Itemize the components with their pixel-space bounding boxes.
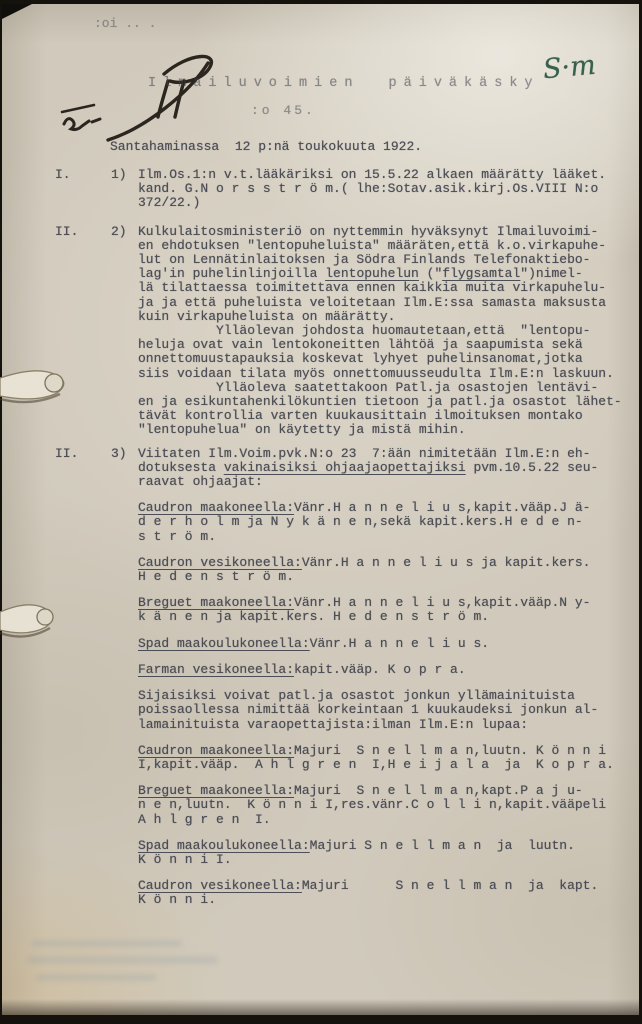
instructor-entry: Caudron vesikoneella:Vänr.H a n n e l i …: [138, 556, 639, 584]
text-line: poissaollessa nimittää korkeintaan 1 kuu…: [138, 703, 639, 717]
bottom-edge-shadow: [2, 999, 639, 1015]
binder-ring-icon: [0, 366, 82, 414]
instructor-entry: Spad maakoulukoneella:Vänr.H a n n e l i…: [138, 637, 639, 651]
paper-page: :oi .. . S·m Ilmailuvoimien päiväkäsky :…: [2, 4, 639, 1015]
order-number: :o 45.: [251, 104, 316, 118]
substitute-entry: Spad maakoulukoneella:Majuri S n e l l m…: [138, 839, 639, 867]
text-line: lä tilattaessa toimitettava ennen kaikki…: [138, 281, 639, 295]
text-line: n e n,luutn. K ö n n i I,res.vänr.C o l …: [138, 798, 639, 812]
aircraft-type-label: Breguet maakoneella:: [138, 783, 294, 798]
text-line: H e d e n s t r ö m.: [138, 570, 639, 584]
text-line: tävät kontrollia varten kuukausittain il…: [138, 409, 639, 423]
text-line: A h l g r e n I.: [138, 813, 639, 827]
text-line: Viitaten Ilm.Voim.pvk.N:o 23 7:ään nimit…: [138, 447, 639, 461]
item-text: Ilm.Os.1:n v.t.lääkäriksi on 15.5.22 alk…: [138, 168, 639, 211]
binder-ring-icon: [0, 596, 70, 648]
text-line: Sijaisiksi voivat patl.ja osastot jonkun…: [138, 689, 639, 703]
text-line: d e r h o l m ja N y k ä n e n,sekä kapi…: [138, 515, 639, 529]
text-line: Spad maakoulukoneella:Majuri S n e l l m…: [138, 839, 639, 853]
text-line: dotuksesta vakinaisiksi ohjaajaopettajik…: [138, 461, 639, 475]
instructor-entry: Caudron maakoneella:Vänr.H a n n e l i u…: [138, 501, 639, 544]
text-line: Farman vesikoneella:kapit.vääp. K o p r …: [138, 663, 639, 677]
instructor-entry: Farman vesikoneella:kapit.vääp. K o p r …: [138, 663, 639, 677]
faded-corner-note: :oi .. .: [94, 17, 156, 31]
aircraft-type-label: Caudron maakoneella:: [138, 500, 294, 515]
text-line: Caudron maakoneella:Majuri S n e l l m a…: [138, 744, 639, 758]
aircraft-type-label: Spad maakoulukoneella:: [138, 636, 310, 651]
page-corner-shadow: [2, 4, 32, 19]
text-line: heluja ovat vain lentokoneitten lähtöä j…: [138, 338, 639, 352]
text-line: lamainituista varaopettajista:ilman Ilm.…: [138, 718, 639, 732]
text-line: 372/22.): [138, 196, 639, 210]
instructor-entry: Breguet maakoneella:Vänr.H a n n e l i u…: [138, 596, 639, 624]
handwritten-green-initials: S·m: [542, 50, 597, 85]
text-line: K ö n n i I.: [138, 853, 639, 867]
order-item-2: II. 2) Kulkulaitosministeriö on nyttemmi…: [2, 225, 639, 438]
order-item-1: I. 1) Ilm.Os.1:n v.t.lääkäriksi on 15.5.…: [2, 168, 639, 211]
substitute-entry: Breguet maakoneella:Majuri S n e l l m a…: [138, 784, 639, 827]
text-line: Breguet maakoneella:Majuri S n e l l m a…: [138, 784, 639, 798]
bleedthrough-text: [36, 974, 156, 981]
aircraft-type-label: Farman vesikoneella:: [138, 662, 294, 677]
aircraft-type-label: Caudron vesikoneella:: [138, 878, 302, 893]
dateline: Santahaminassa 12 p:nä toukokuuta 1922.: [110, 140, 422, 154]
aircraft-type-label: Caudron maakoneella:: [138, 743, 294, 758]
text-line: kuin virkapuheluista on määrätty.: [138, 310, 639, 324]
bleedthrough-text: [32, 940, 182, 947]
item-number: 1): [111, 168, 138, 211]
text-line: K ö n n i.: [138, 893, 639, 907]
text-line: kand. G.N o r s s t r ö m.( lhe:Sotav.as…: [138, 182, 639, 196]
text-line: k ä n e n ja kapit.kers. H e d e n s t r…: [138, 610, 639, 624]
text-line: Ylläolevan johdosta huomautetaan,että "l…: [138, 324, 639, 338]
margin-numeral: II.: [55, 447, 111, 490]
text-line: Ylläoleva saatettakoon Patl.ja osastojen…: [138, 381, 639, 395]
aircraft-type-label: Breguet maakoneella:: [138, 595, 294, 610]
text-line: Caudron maakoneella:Vänr.H a n n e l i u…: [138, 501, 639, 515]
item-text: Kulkulaitosministeriö on nyttemmin hyväk…: [138, 225, 639, 438]
text-line: lut on Lennätinlaitoksen ja Södra Finlan…: [138, 253, 639, 267]
substitute-entry: Caudron vesikoneella:Majuri S n e l l m …: [138, 879, 639, 907]
text-line: ja ja että puheluista veloitetaan Ilm.E:…: [138, 296, 639, 310]
bleedthrough-text: [28, 956, 218, 964]
order-item-3: II. 3) Viitaten Ilm.Voim.pvk.N:o 23 7:ää…: [2, 447, 639, 490]
text-line: en ja esikuntahenkilökuntien tietoon ja …: [138, 395, 639, 409]
text-line: Breguet maakoneella:Vänr.H a n n e l i u…: [138, 596, 639, 610]
text-line: en ehdotuksen "lentopuheluista" määräten…: [138, 239, 639, 253]
text-line: Kulkulaitosministeriö on nyttemmin hyväk…: [138, 225, 639, 239]
substitute-entry: Caudron maakoneella:Majuri S n e l l m a…: [138, 744, 639, 772]
item-number: 2): [111, 225, 138, 438]
text-line: "lentopuhelua" on käytetty ja mistä mihi…: [138, 423, 639, 437]
text-line: Caudron vesikoneella:Vänr.H a n n e l i …: [138, 556, 639, 570]
handwritten-ink-mark-icon: [48, 50, 233, 150]
document-photo: :oi .. . S·m Ilmailuvoimien päiväkäsky :…: [0, 0, 642, 1024]
item-number: 3): [111, 447, 138, 490]
instructor-list: Caudron maakoneella:Vänr.H a n n e l i u…: [2, 501, 639, 907]
text-line: onnettomuustapauksia koskevat lyhyet puh…: [138, 352, 639, 366]
page-title: Ilmailuvoimien päiväkäsky: [148, 77, 540, 91]
text-line: Caudron vesikoneella:Majuri S n e l l m …: [138, 879, 639, 893]
aircraft-type-label: Caudron vesikoneella:: [138, 555, 302, 570]
text-line: Ilm.Os.1:n v.t.lääkäriksi on 15.5.22 alk…: [138, 168, 639, 182]
document-body: I. 1) Ilm.Os.1:n v.t.lääkäriksi on 15.5.…: [2, 168, 639, 908]
text-line: I,kapit.vääp. A h l g r e n I,H e i j a …: [138, 758, 639, 772]
aircraft-type-label: Spad maakoulukoneella:: [138, 838, 310, 853]
text-line: s t r ö m.: [138, 530, 639, 544]
substitute-paragraph: Sijaisiksi voivat patl.ja osastot jonkun…: [138, 689, 639, 732]
text-line: raavat ohjaajat:: [138, 475, 639, 489]
text-line: siis voidaan tilata myös onnettomuusseud…: [138, 367, 639, 381]
text-line: lag'in puhelinlinjoilla lentopuhelun ("f…: [138, 267, 639, 281]
margin-numeral: I.: [55, 168, 111, 211]
text-line: Spad maakoulukoneella:Vänr.H a n n e l i…: [138, 637, 639, 651]
item-text: Viitaten Ilm.Voim.pvk.N:o 23 7:ään nimit…: [138, 447, 639, 490]
